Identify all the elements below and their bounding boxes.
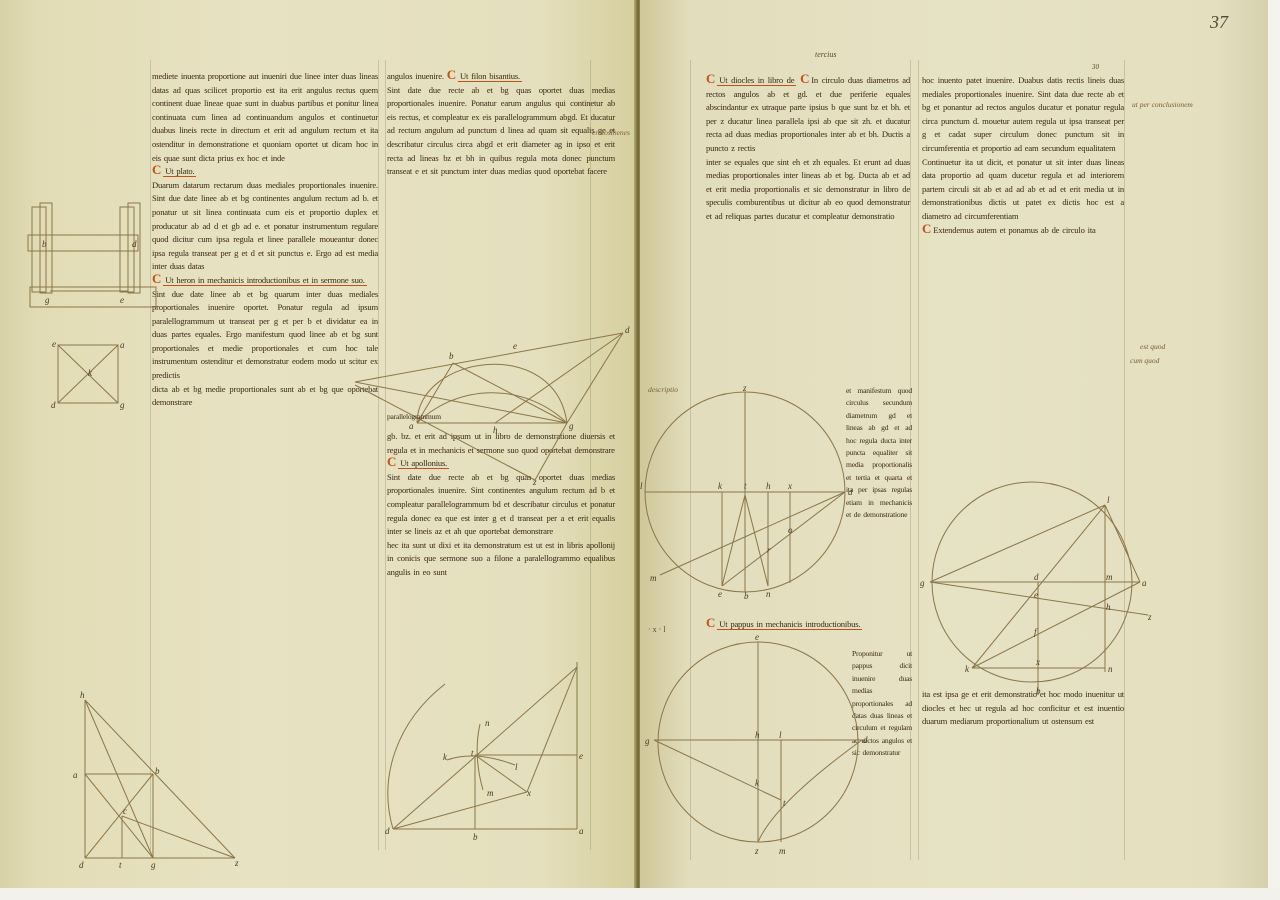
quarter-circle-diagram: nktlmexdab (375, 662, 585, 837)
svg-text:e: e (579, 751, 583, 761)
svg-text:k: k (718, 481, 723, 491)
rubric-plato: Ut plato. (163, 166, 196, 177)
svg-text:e: e (513, 341, 517, 351)
text-block: Continuetur ita ut dicit, et ponatur ut … (922, 156, 1124, 224)
svg-text:g: g (920, 578, 925, 588)
svg-text:x: x (526, 788, 531, 798)
svg-text:l: l (1107, 495, 1110, 505)
svg-text:h: h (80, 690, 85, 700)
svg-text:l: l (779, 730, 782, 740)
text-block: Duarum datarum rectarum duas mediales pr… (152, 179, 378, 274)
ruling-line (1124, 60, 1125, 860)
text-block: angulos inuenire. (387, 71, 444, 81)
svg-text:b: b (449, 351, 454, 361)
svg-text:b: b (473, 832, 478, 842)
svg-text:b: b (1036, 686, 1041, 696)
svg-text:z: z (1147, 612, 1152, 622)
right-column-1-side: et manifestum quod circulus secundum dia… (846, 385, 912, 521)
svg-text:a: a (1142, 578, 1147, 588)
text-block: hoc inuento patet inuenire. Duabus datis… (922, 74, 1124, 156)
svg-text:n: n (766, 589, 771, 599)
text-block: Sint date due recte ab et bg quas oporte… (387, 84, 615, 179)
manuscript-spread: mediete inuenta proportione aut inueniri… (0, 0, 1280, 900)
text-block: hec ita sunt ut dixi et ita demonstratum… (387, 539, 615, 580)
svg-text:a: a (120, 340, 125, 350)
svg-text:m: m (487, 788, 494, 798)
triangle-diagram: habcdtgz (75, 690, 250, 870)
margin-note: est quod (1140, 342, 1165, 351)
svg-text:d: d (625, 325, 630, 335)
svg-text:g: g (569, 421, 574, 431)
rubric-heron: Ut heron in mechanicis introductionibus … (163, 275, 367, 286)
text-block: mediete inuenta proportione aut inueniri… (152, 70, 378, 165)
rubric-initial-icon: C (706, 618, 715, 628)
svg-text:t: t (783, 798, 786, 808)
left-column-2: angulos inuenire. CUt filon bisantius. S… (387, 70, 615, 179)
semicircle-diagram: beahgdz (345, 325, 635, 485)
svg-text:e: e (755, 632, 759, 642)
svg-text:h: h (1106, 602, 1111, 612)
svg-text:e: e (52, 339, 56, 349)
right-column-1: CUt diocles in libro de CIn circulo duas… (706, 74, 910, 224)
svg-text:t: t (119, 860, 122, 870)
margin-note: cum quod (1130, 356, 1159, 365)
rubric-diocles: Ut diocles in libro de (717, 75, 796, 86)
rubric-initial-icon: C (706, 74, 715, 84)
rubric-initial-icon: C (152, 165, 161, 175)
margin-note: ut per conclusionem (1132, 100, 1193, 109)
svg-text:d: d (51, 400, 56, 410)
right-column-2: hoc inuento patet inuenire. Duabus datis… (922, 74, 1124, 237)
svg-text:c: c (123, 806, 127, 816)
svg-text:z: z (234, 858, 239, 868)
bottom-edge (0, 888, 1280, 900)
svg-text:b: b (155, 766, 160, 776)
svg-text:z: z (742, 383, 747, 393)
svg-text:m: m (779, 846, 786, 856)
svg-text:k: k (443, 752, 448, 762)
svg-text:d: d (863, 735, 868, 745)
svg-text:t: t (744, 481, 747, 491)
svg-text:n: n (485, 718, 490, 728)
text-block: inter se equales que sint eh et zh equal… (706, 156, 910, 224)
svg-text:d: d (79, 860, 84, 870)
svg-text:r: r (767, 545, 771, 555)
rubric-initial-icon: C (152, 274, 161, 284)
svg-text:h: h (766, 481, 771, 491)
margin-marks: · x · l (648, 625, 666, 634)
svg-text:h: h (493, 425, 498, 435)
svg-text:h: h (755, 730, 760, 740)
page-edge (1268, 0, 1280, 900)
svg-text:a: a (73, 770, 78, 780)
svg-text:b: b (744, 591, 749, 601)
svg-text:l: l (515, 762, 518, 772)
margin-note: eratosthenes (592, 128, 630, 137)
text-block: et manifestum quod circulus secundum dia… (846, 385, 912, 521)
right-circle-diagram: lgdmaehzfkxnb (910, 470, 1160, 695)
svg-text:b: b (42, 239, 47, 249)
svg-text:x: x (787, 481, 792, 491)
svg-text:g: g (45, 295, 50, 305)
svg-text:n: n (1108, 664, 1113, 674)
svg-text:e: e (1034, 590, 1038, 600)
svg-text:d: d (848, 487, 853, 497)
svg-text:a: a (579, 826, 584, 836)
architectural-diagram: bdge (20, 195, 150, 315)
svg-text:g: g (645, 736, 650, 746)
square-diagram: eakdg (50, 340, 130, 412)
svg-text:m: m (650, 573, 657, 583)
figure-label: parallelogrammum (387, 412, 447, 422)
folio-number: 37 (1210, 12, 1228, 33)
pappus-circle-diagram: eghldktzm (645, 628, 870, 863)
svg-text:g: g (151, 860, 156, 870)
svg-text:z: z (754, 846, 759, 856)
svg-text:z: z (532, 477, 537, 487)
rubric-initial-icon: C (447, 70, 456, 80)
left-page: mediete inuenta proportione aut inueniri… (0, 0, 636, 900)
inner-folio-number: 30 (1092, 63, 1099, 71)
svg-text:d: d (385, 826, 390, 836)
svg-text:e: e (120, 295, 124, 305)
svg-text:g: g (120, 400, 125, 410)
svg-text:o: o (788, 525, 793, 535)
rubric-initial-icon: C (922, 224, 931, 234)
svg-text:f: f (1034, 627, 1038, 637)
ruling-line (918, 60, 919, 860)
diocles-circle-diagram: zlkthxdormebn (640, 385, 855, 600)
right-page: 37 tercius 30 CUt diocles in libro de CI… (640, 0, 1268, 900)
rubric-filon: Ut filon bisantius. (458, 71, 522, 82)
svg-text:x: x (1035, 657, 1040, 667)
rubric-initial-icon: C (800, 74, 809, 84)
svg-text:l: l (640, 481, 643, 491)
svg-text:d: d (132, 239, 137, 249)
svg-text:e: e (718, 589, 722, 599)
svg-text:k: k (965, 664, 970, 674)
running-head: tercius (815, 50, 836, 59)
svg-text:d: d (1034, 572, 1039, 582)
svg-text:m: m (1106, 572, 1113, 582)
svg-text:a: a (409, 421, 414, 431)
svg-text:k: k (755, 778, 760, 788)
